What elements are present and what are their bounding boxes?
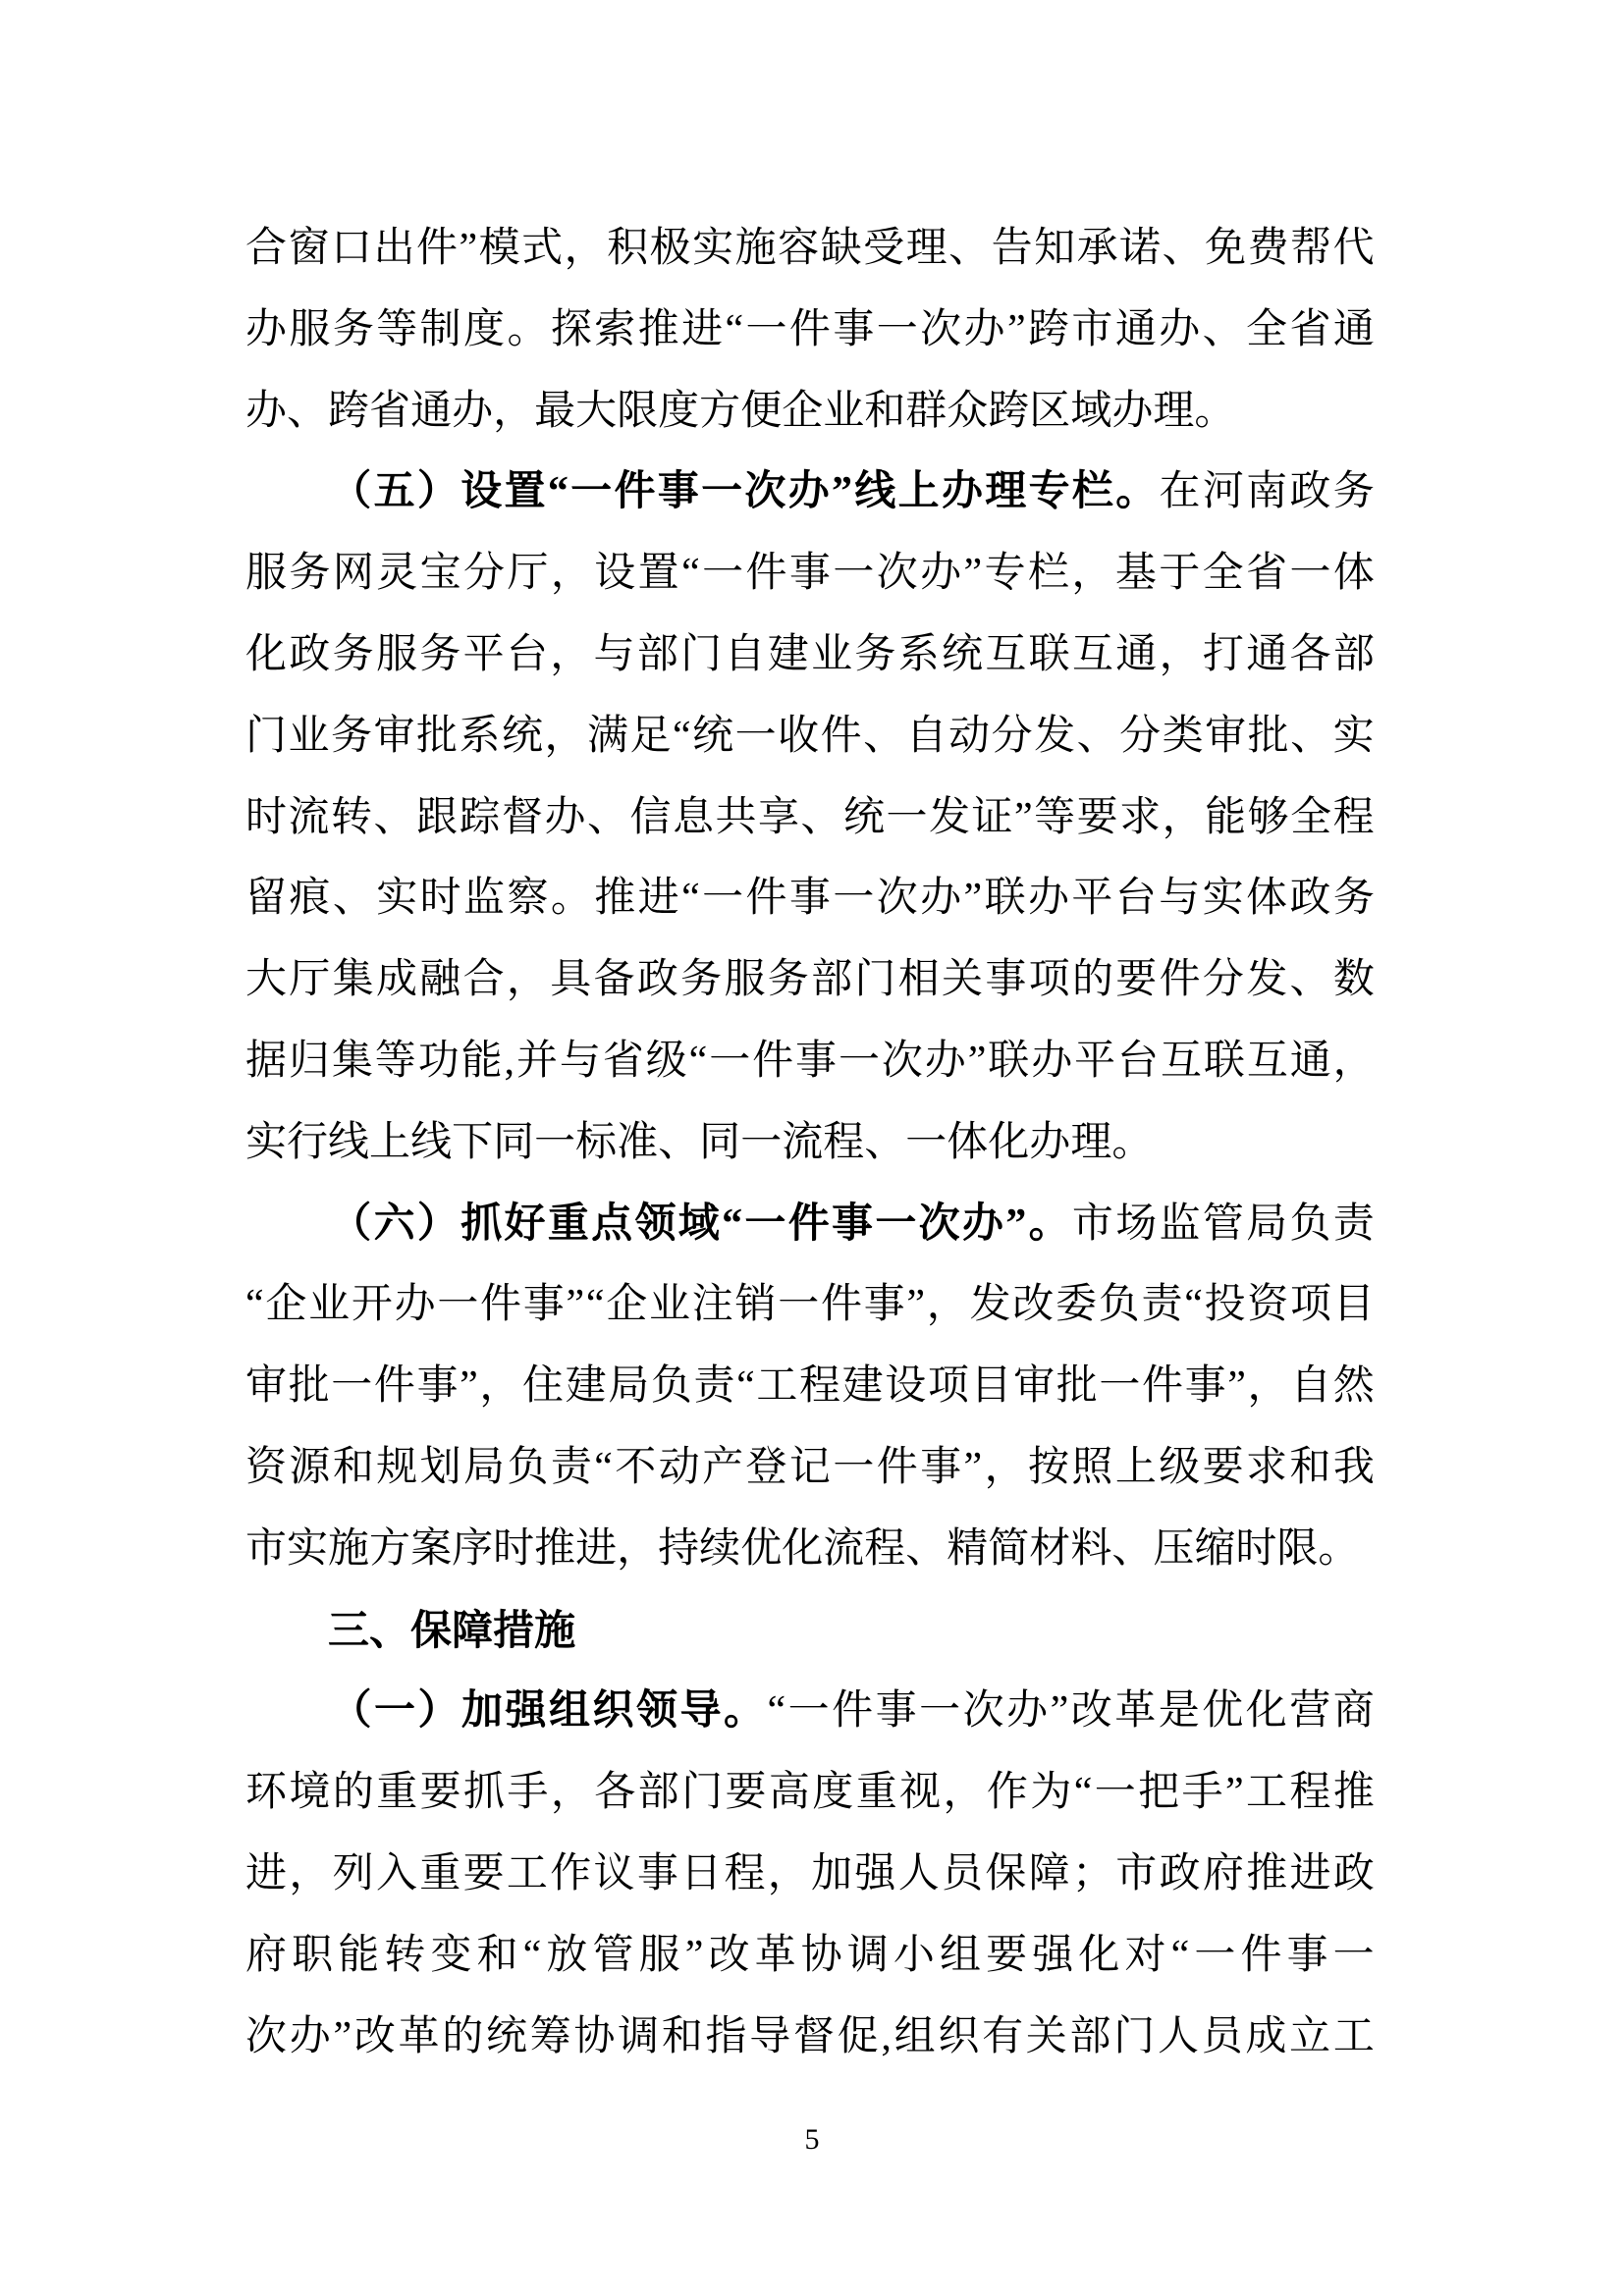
text-run: 负 bbox=[651, 1346, 692, 1427]
text-run: 级 bbox=[646, 1021, 687, 1102]
text-run: 厅 bbox=[507, 533, 548, 614]
text-run: 统 bbox=[486, 1997, 527, 2078]
text-run: 类 bbox=[1163, 696, 1204, 777]
text-run: 织 bbox=[938, 1997, 979, 2078]
document-line: 门业务审批系统，满足“统一收件、自动分发、分类审批、实 bbox=[245, 696, 1375, 777]
text-run: 一 bbox=[534, 1102, 575, 1184]
text-run: 自 bbox=[906, 696, 947, 777]
text-run: 流 bbox=[823, 1509, 864, 1590]
text-run: “ bbox=[673, 696, 691, 777]
text-run: ） bbox=[417, 452, 459, 533]
text-run: 域 bbox=[1070, 371, 1111, 453]
text-run: 放 bbox=[546, 1915, 587, 1997]
text-run: ” bbox=[906, 1264, 925, 1346]
text-run: 入 bbox=[376, 1834, 417, 1915]
text-run: 登 bbox=[746, 1427, 787, 1509]
text-run: 资 bbox=[1247, 1264, 1288, 1346]
text-run: 体 bbox=[947, 1102, 988, 1184]
text-run: 发 bbox=[929, 777, 970, 859]
text-run: 管 bbox=[1203, 1184, 1244, 1265]
text-run: 项 bbox=[1029, 939, 1070, 1021]
text-run: 要 bbox=[986, 1915, 1027, 1997]
text-run: 能 bbox=[461, 1021, 503, 1102]
text-run: 费 bbox=[1248, 208, 1289, 290]
text-run: 务 bbox=[1333, 452, 1375, 533]
document-line: （五）设置“一件事一次办”线上办理专栏。在河南政务 bbox=[245, 452, 1375, 533]
text-run: 督 bbox=[502, 777, 543, 859]
text-run: 工 bbox=[507, 1834, 548, 1915]
text-run: 程 bbox=[864, 1509, 905, 1590]
text-run: “ bbox=[736, 1346, 755, 1427]
text-run: 一 bbox=[740, 1102, 782, 1184]
text-run: 实 bbox=[245, 1102, 287, 1184]
text-run: 相 bbox=[898, 939, 940, 1021]
text-run: 互 bbox=[1247, 1021, 1288, 1102]
text-run: 高 bbox=[769, 1752, 810, 1834]
text-run: “ bbox=[245, 1264, 264, 1346]
text-run: 划 bbox=[420, 1427, 461, 1509]
text-run: 市 bbox=[1072, 1184, 1113, 1265]
text-run: ， bbox=[1333, 1021, 1375, 1102]
text-run: 门 bbox=[680, 614, 722, 696]
text-run: ， bbox=[1160, 614, 1201, 696]
text-run: 一 bbox=[570, 452, 612, 533]
text-run: 平 bbox=[1074, 1021, 1115, 1102]
text-run: 责 bbox=[1141, 1264, 1182, 1346]
text-run: 。 bbox=[1194, 371, 1235, 453]
text-run: 事 bbox=[985, 939, 1026, 1021]
document-line: 合窗口出件”模式，积极实施容缺受理、告知承诺、免费帮代 bbox=[245, 208, 1375, 290]
text-run: ， bbox=[550, 614, 591, 696]
text-run: （ bbox=[330, 1671, 371, 1752]
document-line: 三、保障措施 bbox=[245, 1590, 1375, 1672]
text-run: 组 bbox=[549, 1671, 590, 1752]
text-run: 关 bbox=[1026, 1997, 1067, 2078]
text-run: 业 bbox=[649, 1264, 690, 1346]
text-run: 次 bbox=[882, 1021, 923, 1102]
text-run: 保 bbox=[410, 1590, 452, 1672]
text-run: 次 bbox=[877, 858, 918, 939]
text-run: 办 bbox=[245, 371, 287, 453]
text-run: 理 bbox=[1153, 371, 1194, 453]
text-run: 领 bbox=[636, 1671, 677, 1752]
text-run: 局 bbox=[463, 1427, 505, 1509]
text-run: 务 bbox=[854, 614, 895, 696]
text-run: 持 bbox=[658, 1509, 699, 1590]
text-run: ” bbox=[333, 1997, 352, 2078]
text-run: 互 bbox=[1072, 614, 1113, 696]
document-line: 据归集等功能,并与省级“一件事一次办”联办平台互联互通， bbox=[245, 1021, 1375, 1102]
text-run: 动 bbox=[948, 696, 990, 777]
text-run: 审 bbox=[1205, 696, 1246, 777]
text-run: 协 bbox=[573, 1997, 615, 2078]
text-run: 口 bbox=[331, 208, 372, 290]
text-run: 一 bbox=[887, 777, 928, 859]
text-run: 准 bbox=[617, 1102, 658, 1184]
text-run: 办 bbox=[395, 1264, 436, 1346]
text-run: 一 bbox=[709, 1021, 750, 1102]
text-run: 政 bbox=[637, 939, 678, 1021]
text-run: 注 bbox=[692, 1264, 733, 1346]
text-run: 积 bbox=[607, 208, 648, 290]
text-run: ， bbox=[1071, 533, 1112, 614]
text-run: 进 bbox=[245, 1834, 287, 1915]
text-run: 重 bbox=[856, 1752, 897, 1834]
text-run: 列 bbox=[333, 1834, 374, 1915]
text-run: 件 bbox=[614, 452, 655, 533]
text-run: 一 bbox=[833, 533, 874, 614]
text-run: 变 bbox=[430, 1915, 471, 1997]
text-run: 事 bbox=[920, 1427, 961, 1509]
text-run: 打 bbox=[1203, 614, 1244, 696]
text-run: ” bbox=[964, 858, 983, 939]
text-run: 作 bbox=[550, 1834, 591, 1915]
text-run: 转 bbox=[331, 777, 372, 859]
text-run: 一 bbox=[877, 290, 918, 371]
text-run: 、 bbox=[1203, 290, 1244, 371]
text-run: 办 bbox=[964, 290, 1005, 371]
text-run: 企 bbox=[606, 1264, 647, 1346]
text-run: ” bbox=[964, 1427, 983, 1509]
text-run: 融 bbox=[419, 939, 460, 1021]
text-run: 合 bbox=[463, 939, 505, 1021]
text-run: 推 bbox=[1333, 1752, 1375, 1834]
text-run: “ bbox=[586, 1264, 605, 1346]
text-run: ， bbox=[493, 371, 534, 453]
text-run: 集 bbox=[333, 939, 374, 1021]
text-run: 投 bbox=[1205, 1264, 1246, 1346]
text-run: 窗 bbox=[289, 208, 330, 290]
text-run: 线 bbox=[410, 1102, 452, 1184]
text-run: ； bbox=[1072, 1834, 1113, 1915]
text-run: 责 bbox=[1333, 1184, 1375, 1265]
text-run: 实 bbox=[376, 858, 417, 939]
text-run: 等 bbox=[375, 1021, 416, 1102]
text-run: 河 bbox=[1203, 452, 1244, 533]
text-run: 、 bbox=[1290, 939, 1331, 1021]
text-run: 部 bbox=[1333, 614, 1375, 696]
text-run: 平 bbox=[463, 614, 505, 696]
text-run: 好 bbox=[505, 1184, 546, 1265]
text-run: 一 bbox=[1194, 1915, 1235, 1997]
text-run: 筹 bbox=[530, 1997, 571, 2078]
text-run: 门 bbox=[854, 939, 895, 1021]
text-run: 视 bbox=[899, 1752, 941, 1834]
document-line: 进，列入重要工作议事日程，加强人员保障；市政府推进政 bbox=[245, 1834, 1375, 1915]
text-run: 案 bbox=[410, 1509, 452, 1590]
text-run: 。 bbox=[1318, 1509, 1359, 1590]
text-run: ） bbox=[417, 1671, 459, 1752]
text-run: 要 bbox=[1203, 1427, 1244, 1509]
text-run: 满 bbox=[587, 696, 628, 777]
text-run: 抓 bbox=[463, 1752, 505, 1834]
text-run: 对 bbox=[1124, 1915, 1165, 1997]
text-run: 具 bbox=[550, 939, 591, 1021]
text-run: 管 bbox=[593, 1915, 634, 1997]
text-run: 委 bbox=[1056, 1264, 1097, 1346]
text-run: 化 bbox=[1078, 1915, 1119, 1997]
text-run: 件 bbox=[752, 1021, 793, 1102]
text-run: ， bbox=[507, 939, 548, 1021]
text-run: 要 bbox=[1115, 939, 1157, 1021]
text-run: 事 bbox=[789, 533, 831, 614]
text-run: 件 bbox=[1240, 1915, 1281, 1997]
text-run: 时 bbox=[420, 858, 461, 939]
text-run: 跨 bbox=[1028, 290, 1069, 371]
text-run: 改 bbox=[1012, 1264, 1054, 1346]
text-run: 功 bbox=[418, 1021, 460, 1102]
text-run: 。 bbox=[724, 1671, 765, 1752]
text-run: 置 bbox=[505, 452, 546, 533]
text-run: 精 bbox=[947, 1509, 988, 1590]
text-run: 和 bbox=[333, 1427, 374, 1509]
text-run: 六 bbox=[374, 1184, 415, 1265]
text-run: 部 bbox=[638, 1752, 679, 1834]
text-run: 环 bbox=[245, 1752, 287, 1834]
text-run: 模 bbox=[479, 208, 520, 290]
text-run: 、 bbox=[333, 858, 374, 939]
text-run: 重 bbox=[376, 1752, 417, 1834]
text-run: 是 bbox=[1159, 1671, 1200, 1752]
text-run: 政 bbox=[1289, 452, 1330, 533]
text-run: 并 bbox=[516, 1021, 558, 1102]
text-run: ” bbox=[1051, 1671, 1069, 1752]
document-line: “企业开办一件事”“企业注销一件事”，发改委负责“投资项目 bbox=[245, 1264, 1375, 1346]
text-run: 方 bbox=[369, 1509, 410, 1590]
text-run: 材 bbox=[1029, 1509, 1070, 1590]
document-line: 留痕、实时监察。推进“一件事一次办”联办平台与实体政务 bbox=[245, 858, 1375, 939]
text-run: 程 bbox=[799, 1346, 840, 1427]
text-run: 点 bbox=[591, 1184, 632, 1265]
page-number: 5 bbox=[0, 2122, 1624, 2158]
text-run: 关 bbox=[942, 939, 983, 1021]
text-run: 有 bbox=[982, 1997, 1023, 2078]
text-run: 息 bbox=[673, 777, 714, 859]
text-run: 事 bbox=[832, 1184, 873, 1265]
text-run: ” bbox=[1014, 777, 1033, 859]
text-run: 指 bbox=[706, 1997, 747, 2078]
text-run: 系 bbox=[460, 696, 501, 777]
text-run: 、 bbox=[369, 1590, 410, 1672]
text-run: 办 bbox=[1159, 290, 1200, 371]
text-run: 流 bbox=[782, 1102, 823, 1184]
text-run: ” bbox=[1225, 1752, 1244, 1834]
text-run: 一 bbox=[744, 1184, 785, 1265]
text-run: 线 bbox=[328, 1102, 369, 1184]
text-run: ” bbox=[460, 208, 478, 290]
text-run: ， bbox=[927, 1264, 968, 1346]
text-run: 缩 bbox=[1194, 1509, 1235, 1590]
text-run: 化 bbox=[1246, 1671, 1287, 1752]
text-run: 全 bbox=[1246, 290, 1287, 371]
text-run: 缺 bbox=[821, 208, 862, 290]
text-run: “ bbox=[594, 1427, 613, 1509]
text-run: ） bbox=[417, 1184, 459, 1265]
text-run: 事 bbox=[795, 1021, 837, 1102]
text-run: 化 bbox=[245, 614, 287, 696]
text-run: 合 bbox=[245, 208, 287, 290]
text-run: 式 bbox=[521, 208, 563, 290]
text-run: 。 bbox=[1029, 1184, 1070, 1265]
text-run: ， bbox=[551, 1752, 592, 1834]
text-run: 调 bbox=[847, 1915, 889, 1997]
text-run: 件 bbox=[480, 1264, 521, 1346]
text-run: 时 bbox=[493, 1509, 534, 1590]
document-line: （一）加强组织领导。“一件事一次办”改革是优化营商 bbox=[245, 1671, 1375, 1752]
text-run: ， bbox=[289, 1834, 330, 1915]
text-run: 极 bbox=[650, 208, 691, 290]
document-line: 资源和规划局负责“不动产登记一件事”，按照上级要求和我 bbox=[245, 1427, 1375, 1509]
text-run: 小 bbox=[893, 1915, 935, 1997]
text-run: 、 bbox=[374, 777, 415, 859]
text-run: 府 bbox=[1203, 1834, 1244, 1915]
text-run: 能 bbox=[338, 1915, 379, 1997]
text-run: 、 bbox=[905, 1509, 947, 1590]
text-run: 记 bbox=[789, 1427, 831, 1509]
text-run: 改 bbox=[708, 1915, 749, 1997]
text-run: 议 bbox=[594, 1834, 635, 1915]
text-run: 一 bbox=[437, 1264, 478, 1346]
text-run: 强 bbox=[1032, 1915, 1073, 1997]
text-run: 动 bbox=[659, 1427, 700, 1509]
text-run: 要 bbox=[420, 1752, 461, 1834]
text-run: 门 bbox=[245, 696, 287, 777]
text-run: 在 bbox=[1160, 452, 1201, 533]
text-run: 群 bbox=[905, 371, 947, 453]
text-run: 项 bbox=[928, 1346, 969, 1427]
text-run: 基 bbox=[1115, 533, 1157, 614]
text-run: 、 bbox=[1163, 208, 1204, 290]
text-run: 统 bbox=[692, 696, 733, 777]
text-run: 事 bbox=[658, 452, 699, 533]
text-run: 一 bbox=[746, 290, 787, 371]
text-run: 件 bbox=[821, 696, 862, 777]
text-run: 次 bbox=[744, 452, 785, 533]
text-run: 一 bbox=[875, 1184, 916, 1265]
text-run: 简 bbox=[988, 1509, 1029, 1590]
text-run: , bbox=[881, 1997, 892, 2078]
text-run: 通 bbox=[410, 371, 452, 453]
text-run: 的 bbox=[442, 1997, 483, 2078]
text-run: 设 bbox=[594, 533, 635, 614]
text-run: 诺 bbox=[1119, 208, 1161, 290]
text-run: 政 bbox=[1333, 1834, 1375, 1915]
text-run: 大 bbox=[245, 939, 287, 1021]
text-run: 局 bbox=[608, 1346, 649, 1427]
text-run: 通 bbox=[1115, 614, 1157, 696]
text-run: 办 bbox=[942, 452, 983, 533]
text-run: 和 bbox=[477, 1915, 518, 1997]
text-run: 加 bbox=[461, 1671, 503, 1752]
text-run: 一 bbox=[833, 1427, 874, 1509]
text-run: 踪 bbox=[460, 777, 501, 859]
text-run: 联 bbox=[1029, 614, 1070, 696]
text-run: 件 bbox=[789, 290, 831, 371]
text-run: 南 bbox=[1246, 452, 1287, 533]
text-run: 理 bbox=[985, 452, 1026, 533]
text-run: 理 bbox=[1070, 1102, 1111, 1184]
text-run: ” bbox=[567, 1264, 585, 1346]
text-run: 务 bbox=[419, 614, 460, 696]
text-run: 一 bbox=[374, 1671, 415, 1752]
text-run: 设 bbox=[460, 452, 502, 533]
text-run: 的 bbox=[1072, 939, 1113, 1021]
text-run: 程 bbox=[724, 1834, 765, 1915]
text-run: 工 bbox=[1333, 1997, 1375, 2078]
text-run: 办 bbox=[1029, 1102, 1070, 1184]
text-run: 、 bbox=[863, 696, 904, 777]
text-run: 负 bbox=[1099, 1264, 1140, 1346]
text-run: 负 bbox=[507, 1427, 548, 1509]
text-run: 优 bbox=[740, 1509, 782, 1590]
text-run: 求 bbox=[1246, 1427, 1287, 1509]
text-run: 省 bbox=[1246, 533, 1287, 614]
text-run: 痕 bbox=[289, 858, 330, 939]
text-run: 。 bbox=[1111, 1102, 1153, 1184]
text-run: 、 bbox=[1290, 696, 1331, 777]
text-run: 资 bbox=[245, 1427, 287, 1509]
text-run: “ bbox=[523, 1915, 542, 1997]
text-run: 的 bbox=[333, 1752, 374, 1834]
text-run: 置 bbox=[638, 533, 679, 614]
text-run: 网 bbox=[333, 533, 374, 614]
text-run: 要 bbox=[725, 1752, 766, 1834]
text-run: “ bbox=[722, 1184, 742, 1265]
text-run: 立 bbox=[1289, 1997, 1330, 2078]
text-run: 归 bbox=[289, 1021, 330, 1102]
text-run: 一 bbox=[778, 1264, 819, 1346]
text-run: 流 bbox=[289, 777, 330, 859]
text-run: 审 bbox=[245, 1346, 287, 1427]
text-run: 业 bbox=[823, 371, 864, 453]
text-run: 跟 bbox=[416, 777, 458, 859]
text-run: 出 bbox=[374, 208, 415, 290]
text-run: 便 bbox=[740, 371, 782, 453]
text-run: 事 bbox=[1287, 1915, 1328, 1997]
text-run: 、 bbox=[658, 1102, 699, 1184]
text-run: 革 bbox=[1114, 1671, 1156, 1752]
text-run: 通 bbox=[1246, 614, 1287, 696]
text-run: 强 bbox=[854, 1834, 895, 1915]
text-run: 体 bbox=[1246, 858, 1287, 939]
text-run: 同 bbox=[699, 1102, 740, 1184]
document-line: 环境的重要抓手，各部门要高度重视，作为“一把手”工程推 bbox=[245, 1752, 1375, 1834]
text-run: 推 bbox=[638, 290, 679, 371]
text-run: 措 bbox=[493, 1590, 534, 1672]
document-line: （六）抓好重点领域“一件事一次办”。市场监管局负责 bbox=[245, 1184, 1375, 1265]
text-run: 商 bbox=[1333, 1671, 1375, 1752]
text-run: 办 bbox=[245, 290, 287, 371]
text-run: 程 bbox=[1289, 1752, 1330, 1834]
text-run: 发 bbox=[1034, 696, 1075, 777]
document-body: 合窗口出件”模式，积极实施容缺受理、告知承诺、免费帮代办服务等制度。探索推进“一… bbox=[245, 208, 1375, 2077]
text-run: 批 bbox=[289, 1346, 330, 1427]
text-run: 政 bbox=[289, 614, 330, 696]
text-run: 办 bbox=[788, 452, 830, 533]
text-run: 服 bbox=[245, 533, 287, 614]
text-run: 人 bbox=[1158, 1997, 1199, 2078]
text-run: 受 bbox=[863, 208, 904, 290]
text-run: 通 bbox=[1115, 290, 1157, 371]
text-run: , bbox=[505, 1021, 515, 1102]
text-run: 容 bbox=[778, 208, 819, 290]
text-run: 组 bbox=[894, 1997, 936, 2078]
text-run: ” bbox=[1007, 290, 1026, 371]
text-run: ， bbox=[985, 1427, 1026, 1509]
text-run: 办 bbox=[1111, 371, 1153, 453]
text-run: 批 bbox=[416, 696, 458, 777]
text-run: 办 bbox=[1031, 1021, 1072, 1102]
